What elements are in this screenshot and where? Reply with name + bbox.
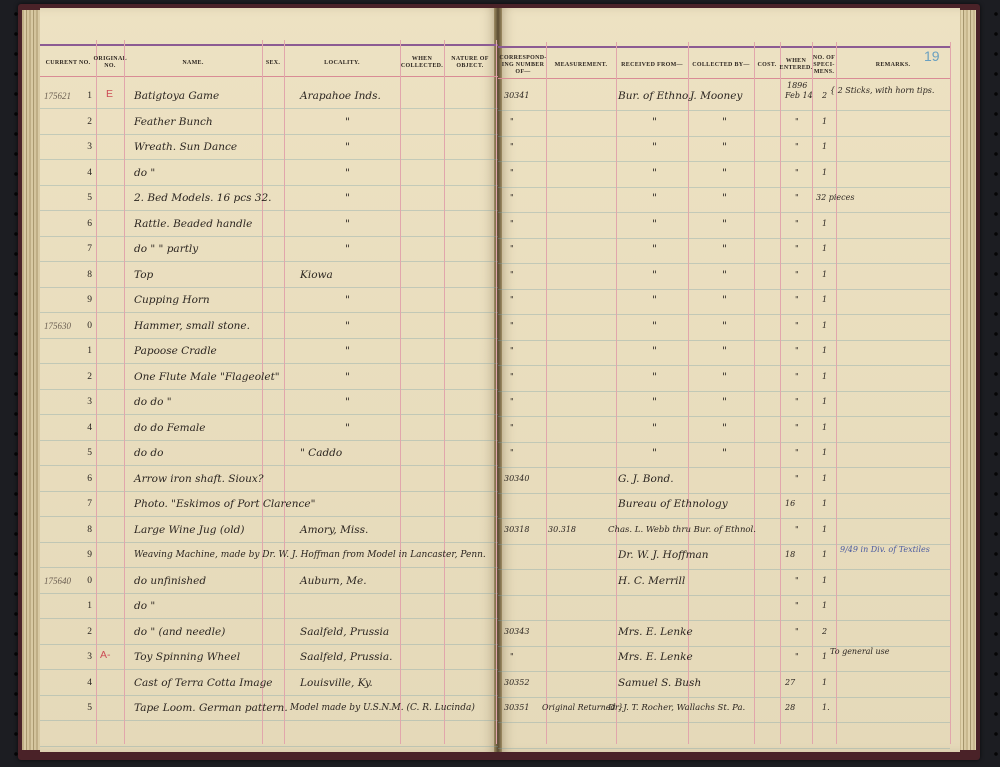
- object-name: 2. Bed Models. 16 pcs 32.: [134, 188, 272, 208]
- row-rule: [40, 159, 498, 160]
- column-header-original-no: Original No.: [96, 48, 124, 78]
- column-header-cost: Cost.: [754, 50, 780, 80]
- current-number: 6: [80, 469, 92, 489]
- column-rule: [284, 40, 285, 744]
- specimen-count: 1: [822, 392, 827, 412]
- current-number: 7: [80, 239, 92, 259]
- object-name: Weaving Machine, made by Dr. W. J. Hoffm…: [134, 545, 486, 565]
- when-entered: 18: [785, 545, 795, 565]
- received-from: Bur. of Ethno.: [618, 86, 691, 106]
- specimen-count: 1: [822, 520, 827, 540]
- column-rule: [444, 40, 445, 744]
- row-rule: [40, 593, 498, 594]
- locality: Amory, Miss.: [300, 520, 368, 540]
- column-rule: [812, 42, 813, 744]
- row-rule: [40, 669, 498, 670]
- row-rule: [40, 236, 498, 237]
- received-from: Chas. L. Webb thru Bur. of Ethnol.: [608, 520, 756, 540]
- received-from: ": [652, 367, 657, 387]
- row-rule: [40, 567, 498, 568]
- corresponding-number: 30351: [504, 698, 529, 718]
- specimen-count: 1: [822, 316, 827, 336]
- row-rule: [498, 595, 950, 596]
- corresponding-number: 30318: [504, 520, 529, 540]
- current-number: 9: [80, 290, 92, 310]
- collected-by: ": [722, 367, 727, 387]
- current-number: 4: [80, 163, 92, 183]
- corresponding-number: 30352: [504, 673, 529, 693]
- locality: ": [345, 188, 350, 208]
- original-number-mark: E: [106, 84, 113, 104]
- original-number-mark: A-: [100, 645, 111, 665]
- row-rule: [40, 516, 498, 517]
- row-rule: [40, 108, 498, 109]
- column-header-locality: Locality.: [284, 48, 400, 78]
- received-from: ": [652, 316, 657, 336]
- when-entered: 27: [785, 673, 795, 693]
- collected-by: ": [722, 316, 727, 336]
- received-from: Dr. J. T. Rocher, Wallachs St. Pa.: [608, 698, 745, 718]
- collected-by: ": [722, 443, 727, 463]
- column-rule: [262, 40, 263, 744]
- row-rule: [40, 491, 498, 492]
- object-name: do ": [134, 596, 155, 616]
- object-name: do ": [134, 163, 155, 183]
- locality: ": [345, 239, 350, 259]
- current-number: 0: [80, 571, 92, 591]
- row-rule: [40, 542, 498, 543]
- corresponding-number: ": [510, 265, 514, 285]
- collected-by: ": [722, 214, 727, 234]
- current-number: 3: [80, 647, 92, 667]
- collected-by: ": [722, 163, 727, 183]
- row-rule: [40, 210, 498, 211]
- row-rule: [40, 389, 498, 390]
- object-name: do unfinished: [134, 571, 206, 591]
- catalog-prefix: 175640: [44, 571, 78, 591]
- column-rule: [124, 40, 125, 744]
- object-name: Wreath. Sun Dance: [134, 137, 237, 157]
- received-from: G. J. Bond.: [618, 469, 674, 489]
- remarks: 9/49 in Div. of Textiles: [840, 545, 950, 565]
- corresponding-number: ": [510, 112, 514, 132]
- when-entered: ": [795, 341, 799, 361]
- when-entered: ": [795, 367, 799, 387]
- row-rule: [40, 338, 498, 339]
- row-rule: [40, 312, 498, 313]
- received-from: ": [652, 392, 657, 412]
- corresponding-number: ": [510, 239, 514, 259]
- locality: Louisville, Ky.: [300, 673, 373, 693]
- catalog-prefix: 175621: [44, 86, 78, 106]
- specimen-count: 1: [822, 545, 827, 565]
- column-rule: [836, 42, 837, 744]
- when-entered: ": [795, 571, 799, 591]
- corresponding-number: ": [510, 316, 514, 336]
- column-header-remarks: Remarks.: [836, 50, 950, 80]
- locality: Auburn, Me.: [300, 571, 367, 591]
- specimen-count: 1: [822, 367, 827, 387]
- locality: ": [345, 214, 350, 234]
- received-from: ": [652, 188, 657, 208]
- row-rule: [40, 746, 498, 747]
- object-name: do " (and needle): [134, 622, 225, 642]
- corresponding-number: ": [510, 367, 514, 387]
- locality: ": [345, 137, 350, 157]
- column-header-corresponding: Correspond-ing Number of—: [500, 50, 546, 80]
- received-from: Mrs. E. Lenke: [618, 622, 693, 642]
- object-name: Feather Bunch: [134, 112, 213, 132]
- received-from: ": [652, 443, 657, 463]
- when-entered: ": [795, 265, 799, 285]
- row-rule: [40, 618, 498, 619]
- ledger-page-right: [498, 8, 960, 752]
- measurement: 30.318: [548, 520, 576, 540]
- collected-by: ": [722, 341, 727, 361]
- locality: Saalfeld, Prussia: [300, 622, 389, 642]
- when-entered: ": [795, 163, 799, 183]
- corresponding-number: ": [510, 163, 514, 183]
- row-rule: [40, 287, 498, 288]
- current-number: 9: [80, 545, 92, 565]
- row-rule: [498, 722, 950, 723]
- current-number: 2: [80, 367, 92, 387]
- object-name: Cupping Horn: [134, 290, 210, 310]
- specimen-count: 32 pieces: [816, 188, 854, 208]
- current-number: 3: [80, 137, 92, 157]
- remarks: To general use: [830, 647, 940, 667]
- received-from: ": [652, 214, 657, 234]
- current-number: 8: [80, 265, 92, 285]
- current-number: 8: [80, 520, 92, 540]
- collected-by: J. Mooney: [690, 86, 742, 106]
- locality: ": [345, 367, 350, 387]
- locality: Kiowa: [300, 265, 333, 285]
- specimen-count: 1: [822, 290, 827, 310]
- collected-by: ": [722, 290, 727, 310]
- received-from: ": [652, 418, 657, 438]
- current-number: 2: [80, 112, 92, 132]
- received-from: ": [652, 239, 657, 259]
- collected-by: ": [722, 137, 727, 157]
- corresponding-number: 30343: [504, 622, 529, 642]
- column-header-measurement: Measurement.: [546, 50, 616, 80]
- specimen-count: 2: [822, 622, 827, 642]
- when-entered: ": [795, 137, 799, 157]
- object-name: do do Female: [134, 418, 205, 438]
- received-from: Bureau of Ethnology: [618, 494, 728, 514]
- column-rule: [780, 42, 781, 744]
- column-header-specimens: No. of Speci-mens.: [812, 50, 836, 80]
- current-number: 6: [80, 214, 92, 234]
- locality: ": [345, 418, 350, 438]
- when-entered: ": [795, 290, 799, 310]
- current-number: 5: [80, 443, 92, 463]
- received-from: Mrs. E. Lenke: [618, 647, 693, 667]
- corresponding-number: ": [510, 188, 514, 208]
- specimen-count: 1: [822, 214, 827, 234]
- column-rule: [616, 42, 617, 744]
- when-entered: ": [795, 596, 799, 616]
- specimen-count: 1: [822, 494, 827, 514]
- specimen-count: 1: [822, 163, 827, 183]
- column-header-current-no: Current No.: [40, 48, 96, 78]
- locality: Saalfeld, Prussia.: [300, 647, 393, 667]
- corresponding-number: ": [510, 137, 514, 157]
- corresponding-number: ": [510, 647, 514, 667]
- when-entered: 16: [785, 494, 795, 514]
- specimen-count: 1.: [822, 698, 830, 718]
- received-from: ": [652, 290, 657, 310]
- row-rule: [40, 720, 498, 721]
- specimen-count: 1: [822, 596, 827, 616]
- row-rule: [40, 185, 498, 186]
- row-rule: [498, 620, 950, 621]
- collected-by: ": [722, 265, 727, 285]
- object-name: Tape Loom. German pattern.: [134, 698, 288, 718]
- collected-by: ": [722, 239, 727, 259]
- specimen-count: 1: [822, 571, 827, 591]
- specimen-count: 1: [822, 137, 827, 157]
- when-entered: ": [795, 214, 799, 234]
- specimen-count: 1: [822, 239, 827, 259]
- current-number: 5: [80, 188, 92, 208]
- when-entered: ": [795, 418, 799, 438]
- corresponding-number: ": [510, 392, 514, 412]
- when-entered: ": [795, 469, 799, 489]
- current-number: 4: [80, 673, 92, 693]
- object-name: Rattle. Beaded handle: [134, 214, 252, 234]
- object-name: Cast of Terra Cotta Image: [134, 673, 273, 693]
- when-entered: 28: [785, 698, 795, 718]
- specimen-count: 1: [822, 112, 827, 132]
- object-name: Papoose Cradle: [134, 341, 217, 361]
- specimen-count: 1: [822, 265, 827, 285]
- when-entered: ": [795, 647, 799, 667]
- catalog-prefix: 175630: [44, 316, 78, 336]
- received-from: ": [652, 112, 657, 132]
- row-rule: [40, 363, 498, 364]
- header-top-rule-right: [498, 46, 950, 48]
- column-rule: [950, 42, 951, 744]
- locality: Model made by U.S.N.M. (C. R. Lucinda): [290, 698, 475, 718]
- corresponding-number: ": [510, 341, 514, 361]
- specimen-count: 1: [822, 647, 827, 667]
- column-rule: [96, 40, 97, 744]
- object-name: do " " partly: [134, 239, 198, 259]
- current-number: 7: [80, 494, 92, 514]
- row-rule: [40, 134, 498, 135]
- object-name: Large Wine Jug (old): [134, 520, 244, 540]
- corresponding-number: ": [510, 418, 514, 438]
- received-from: H. C. Merrill: [618, 571, 685, 591]
- column-rule: [754, 42, 755, 744]
- column-header-sex: Sex.: [262, 48, 284, 78]
- specimen-count: 2: [822, 86, 827, 106]
- collected-by: ": [722, 418, 727, 438]
- collected-by: ": [722, 392, 727, 412]
- specimen-count: 1: [822, 469, 827, 489]
- row-rule: [498, 467, 950, 468]
- received-from: Samuel S. Bush: [618, 673, 701, 693]
- when-entered: ": [795, 188, 799, 208]
- current-number: 3: [80, 392, 92, 412]
- when-entered: ": [795, 112, 799, 132]
- locality: ": [345, 290, 350, 310]
- row-rule: [40, 440, 498, 441]
- row-rule: [40, 261, 498, 262]
- received-from: ": [652, 265, 657, 285]
- column-header-when-collected: When Collected.: [400, 48, 444, 78]
- header-top-rule-left: [40, 44, 498, 46]
- corresponding-number: ": [510, 290, 514, 310]
- corresponding-number: ": [510, 214, 514, 234]
- object-name: Photo. "Eskimos of Port Clarence": [134, 494, 315, 514]
- column-rule: [496, 40, 497, 744]
- object-name: Arrow iron shaft. Sioux?: [134, 469, 263, 489]
- received-from: ": [652, 341, 657, 361]
- corresponding-number: 30340: [504, 469, 529, 489]
- locality: ": [345, 392, 350, 412]
- when-entered: ": [795, 520, 799, 540]
- row-rule: [40, 465, 498, 466]
- locality: Arapahoe Inds.: [300, 86, 381, 106]
- row-rule: [498, 671, 950, 672]
- current-number: 1: [80, 341, 92, 361]
- current-number: 1: [80, 596, 92, 616]
- column-header-nature: Nature of Object.: [444, 48, 496, 78]
- column-header-collected-by: Collected by—: [688, 50, 754, 80]
- locality: ": [345, 341, 350, 361]
- row-rule: [40, 414, 498, 415]
- object-name: One Flute Male "Flageolet": [134, 367, 280, 387]
- collected-by: ": [722, 188, 727, 208]
- row-rule: [498, 748, 950, 749]
- column-rule: [546, 42, 547, 744]
- object-name: Top: [134, 265, 153, 285]
- when-entered: Feb 14: [785, 86, 813, 106]
- specimen-count: 1: [822, 341, 827, 361]
- row-rule: [498, 569, 950, 570]
- object-name: do do ": [134, 392, 172, 412]
- when-entered: ": [795, 392, 799, 412]
- received-from: ": [652, 137, 657, 157]
- locality: " Caddo: [300, 443, 342, 463]
- locality: ": [345, 163, 350, 183]
- specimen-count: 1: [822, 443, 827, 463]
- locality: ": [345, 316, 350, 336]
- specimen-count: 1: [822, 673, 827, 693]
- when-entered: ": [795, 622, 799, 642]
- locality: ": [345, 112, 350, 132]
- column-header-received-from: Received from—: [616, 50, 688, 80]
- remarks: { 2 Sticks, with horn tips.: [830, 86, 940, 106]
- corresponding-number: 30341: [504, 86, 529, 106]
- specimen-count: 1: [822, 418, 827, 438]
- current-number: 5: [80, 698, 92, 718]
- column-header-name: Name.: [124, 48, 262, 78]
- when-entered: ": [795, 239, 799, 259]
- received-from: Dr. W. J. Hoffman: [618, 545, 709, 565]
- when-entered: ": [795, 316, 799, 336]
- when-entered: ": [795, 443, 799, 463]
- corresponding-number: ": [510, 443, 514, 463]
- object-name: Toy Spinning Wheel: [134, 647, 240, 667]
- collected-by: ": [722, 112, 727, 132]
- received-from: ": [652, 163, 657, 183]
- object-name: Batigtoya Game: [134, 86, 219, 106]
- current-number: 2: [80, 622, 92, 642]
- current-number: 0: [80, 316, 92, 336]
- current-number: 1: [80, 86, 92, 106]
- object-name: Hammer, small stone.: [134, 316, 250, 336]
- current-number: 4: [80, 418, 92, 438]
- column-rule: [400, 40, 401, 744]
- object-name: do do: [134, 443, 163, 463]
- row-rule: [40, 695, 498, 696]
